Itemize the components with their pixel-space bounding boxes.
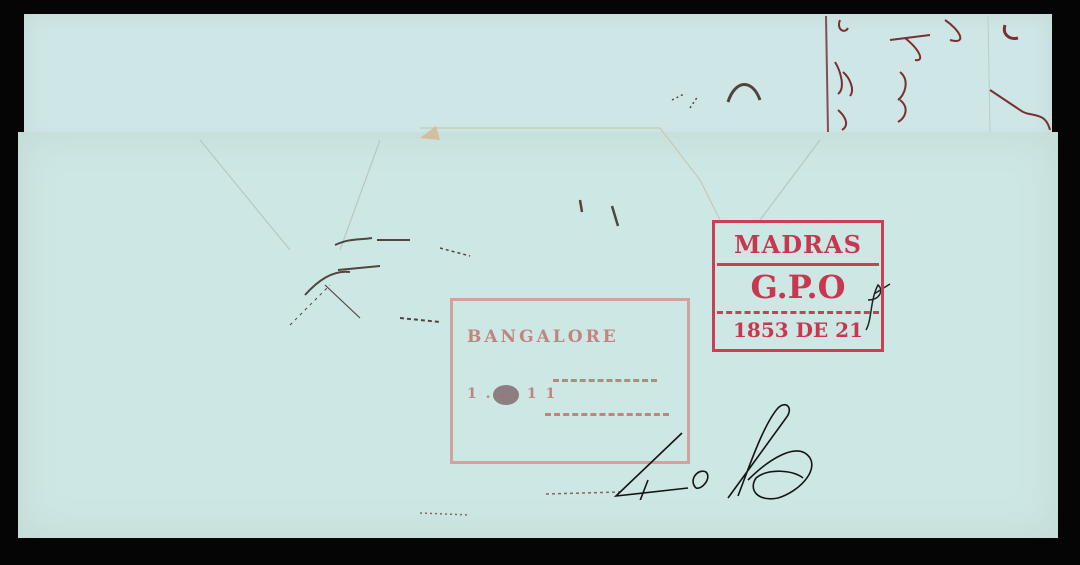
manuscript-rate-marking: 4 R2 xyxy=(598,400,828,500)
postmark-date: 1853 DE 21 xyxy=(715,320,881,340)
postmark-rule xyxy=(553,379,657,382)
postmark-date: 1 . . . 1 1 xyxy=(467,387,677,401)
envelope-fold-lines xyxy=(0,0,1080,565)
postmark-line: MADRAS xyxy=(715,233,881,257)
postmark-line: BANGALORE xyxy=(467,329,677,346)
postmark-line: G.P.O xyxy=(715,271,881,303)
postmark-rule xyxy=(717,311,879,314)
postmark-rule xyxy=(717,263,879,266)
madras-gpo-postmark: MADRAS G.P.O 1853 DE 21 xyxy=(712,220,884,352)
photo-background: MADRAS G.P.O 1853 DE 21 BANGALORE 1 . . … xyxy=(0,0,1080,565)
